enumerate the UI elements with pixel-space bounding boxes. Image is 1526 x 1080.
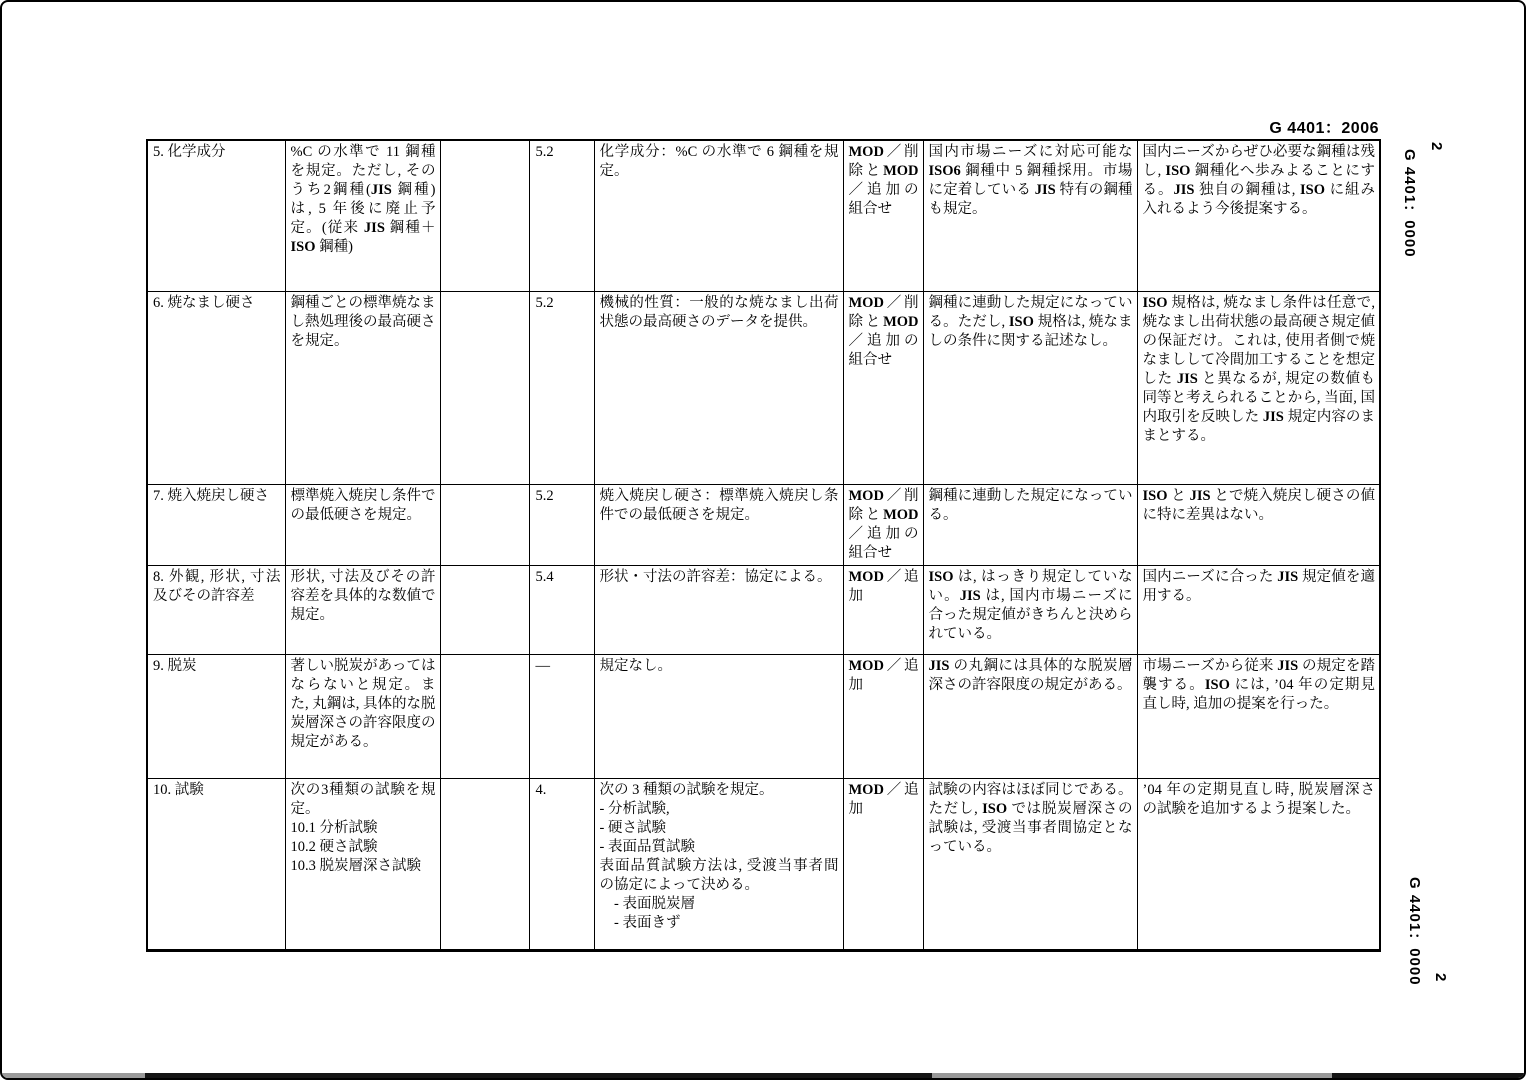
side-page-number-top: 2 [1428,142,1445,151]
cell-difference: JIS の丸鋼には具体的な脱炭層深さの許容限度の規定がある。 [923,654,1137,778]
page-bottom-edge-shadow [2,1073,145,1080]
cell-iso-provision: 化学成分：%C の水準で 6 鋼種を規定。 [594,140,843,291]
cell-jis-clause [440,565,529,654]
cell-iso-provision: 規定なし。 [594,654,843,778]
cell-action: 国内ニーズからぜひ必要な鋼種は残し, ISO 鋼種化へ歩みよることにする。JIS… [1137,140,1380,291]
cell-action: 国内ニーズに合った JIS 規定値を適用する。 [1137,565,1380,654]
cell-mod-type: MOD／削除とMOD／追加の組合せ [843,140,923,291]
cell-mod-type: MOD／削除とMOD／追加の組合せ [843,484,923,565]
side-page-number-bottom: 2 [1432,973,1449,982]
cell-iso-clause: 5.2 [529,291,594,484]
cell-item: 9. 脱炭 [147,654,285,778]
cell-iso-provision: 機械的性質：一般的な焼なまし出荷状態の最高硬さのデータを提供。 [594,291,843,484]
cell-action: 市場ニーズから従来 JIS の規定を踏襲する。ISO には, ’04 年の定期見… [1137,654,1380,778]
cell-action: ISO 規格は, 焼なまし条件は任意で, 焼なまし出荷状態の最高硬さ規定値の保証… [1137,291,1380,484]
cell-jis-provision: 形状, 寸法及びその許容差を具体的な数値で規定。 [285,565,440,654]
table-row: 9. 脱炭 著しい脱炭があってはならないと規定。また, 丸鋼は, 具体的な脱炭層… [147,654,1380,778]
cell-difference: 鋼種に連動した規定になっている。ただし, ISO 規格は, 焼なましの条件に関す… [923,291,1137,484]
cell-item: 7. 焼入焼戻し硬さ [147,484,285,565]
cell-difference: 国内市場ニーズに対応可能な ISO6 鋼種中 5 鋼種採用。市場に定着している … [923,140,1137,291]
cell-iso-provision: 焼入焼戻し硬さ：標準焼入焼戻し条件での最低硬さを規定。 [594,484,843,565]
cell-jis-provision: %C の水準で 11 鋼種を規定。ただし, そのうち2鋼種(JIS 鋼種) は,… [285,140,440,291]
cell-mod-type: MOD／追加 [843,565,923,654]
cell-difference: 鋼種に連動した規定になっている。 [923,484,1137,565]
cell-jis-clause [440,778,529,950]
cell-mod-type: MOD／削除とMOD／追加の組合せ [843,291,923,484]
cell-action: ’04 年の定期見直し時, 脱炭層深さの試験を追加するよう提案した。 [1137,778,1380,950]
cell-iso-clause: — [529,654,594,778]
document-page: G 4401：2006 5. 化学成分 %C の水準で 11 鋼種を規定。ただし… [0,0,1526,1080]
cell-jis-provision: 標準焼入焼戻し条件での最低硬さを規定。 [285,484,440,565]
cell-mod-type: MOD／追加 [843,654,923,778]
page-bottom-edge-shadow [932,1073,1332,1080]
cell-jis-clause [440,140,529,291]
page-bottom-edge-shadow [1332,1073,1526,1080]
cell-jis-clause [440,484,529,565]
cell-jis-provision: 次の3種類の試験を規定。10.1 分析試験10.2 硬さ試験10.3 脱炭層深さ… [285,778,440,950]
cell-iso-clause: 5.2 [529,484,594,565]
cell-item: 5. 化学成分 [147,140,285,291]
cell-jis-provision: 鋼種ごとの標準焼なまし熱処理後の最高硬さを規定。 [285,291,440,484]
cell-iso-provision: 形状・寸法の許容差：協定による。 [594,565,843,654]
page-header-standard-number: G 4401：2006 [979,115,1379,138]
cell-iso-provision: 次の 3 種類の試験を規定。- 分析試験,- 硬さ試験- 表面品質試験表面品質試… [594,778,843,950]
cell-mod-type: MOD／追加 [843,778,923,950]
table-row: 5. 化学成分 %C の水準で 11 鋼種を規定。ただし, そのうち2鋼種(JI… [147,140,1380,291]
cell-action: ISO と JIS とで焼入焼戻し硬さの値に特に差異はない。 [1137,484,1380,565]
table-row: 6. 焼なまし硬さ 鋼種ごとの標準焼なまし熱処理後の最高硬さを規定。 5.2 機… [147,291,1380,484]
cell-difference: ISO は, はっきり規定していない。JIS は, 国内市場ニーズに合った規定値… [923,565,1137,654]
cell-jis-provision: 著しい脱炭があってはならないと規定。また, 丸鋼は, 具体的な脱炭層深さの許容限… [285,654,440,778]
cell-difference: 試験の内容はほぼ同じである。ただし, ISO では脱炭層深さの試験は, 受渡当事… [923,778,1137,950]
cell-jis-clause [440,654,529,778]
table-row: 10. 試験 次の3種類の試験を規定。10.1 分析試験10.2 硬さ試験10.… [147,778,1380,950]
cell-iso-clause: 4. [529,778,594,950]
comparison-table: 5. 化学成分 %C の水準で 11 鋼種を規定。ただし, そのうち2鋼種(JI… [146,139,1381,952]
cell-item: 6. 焼なまし硬さ [147,291,285,484]
cell-jis-clause [440,291,529,484]
side-standard-number-bottom: G 4401：0000 [1405,877,1426,986]
cell-iso-clause: 5.2 [529,140,594,291]
cell-item: 8. 外観, 形状, 寸法及びその許容差 [147,565,285,654]
table-row: 8. 外観, 形状, 寸法及びその許容差 形状, 寸法及びその許容差を具体的な数… [147,565,1380,654]
cell-item: 10. 試験 [147,778,285,950]
cell-iso-clause: 5.4 [529,565,594,654]
page-bottom-edge-shadow [145,1073,932,1080]
side-standard-number-top: G 4401：0000 [1400,149,1421,258]
table-row: 7. 焼入焼戻し硬さ 標準焼入焼戻し条件での最低硬さを規定。 5.2 焼入焼戻し… [147,484,1380,565]
